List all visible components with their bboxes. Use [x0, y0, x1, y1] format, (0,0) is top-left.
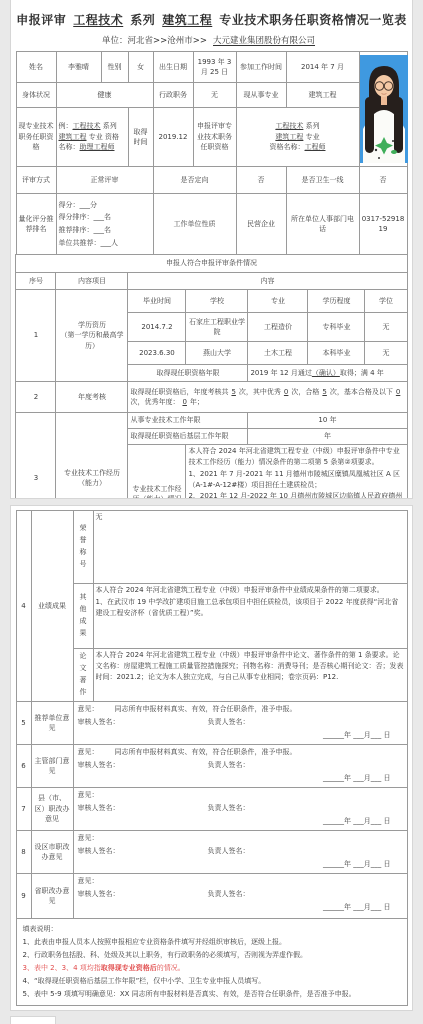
photo-image — [360, 55, 408, 163]
acquire-time-value: 2019.12 — [153, 108, 193, 167]
frontline-value: 否 — [359, 167, 407, 194]
note-line: 5、表中 5-9 项填写明确意见：XX 同志所有申报材料是否真实、有效，是否符合… — [23, 988, 401, 1001]
experience-line: 1、2021 年 7 月-2021 年 11 月德州市陵城区糜镇凤凰城社区 A … — [188, 469, 404, 491]
honor-label: 荣誉称号 — [73, 511, 93, 584]
edu-cell: 工程造价 — [248, 313, 308, 342]
birth-value: 1993 年 3 月 25 日 — [193, 52, 236, 83]
authority-opinion: 意见：同志所有申报材料真实、有效，符合任职条件，准予申报。 审核人签名：负责人签… — [73, 745, 407, 788]
annual-review-value: 取得现任职资格后，年度考核共5次，其中优秀0次，合格5次，基本合格及以下0次，优… — [128, 382, 407, 413]
title-series-blank: 工程技术 — [68, 13, 128, 27]
opinion-label: 意见： — [78, 705, 99, 713]
note-line-red: 3、表中 2、3、4 项均指取得现专业资格后的情况。 — [23, 962, 401, 975]
date-blank: ______年 ___月___ 日 — [78, 816, 403, 827]
col-header-no: 序号 — [16, 273, 56, 290]
text: 的情况。 — [157, 964, 185, 972]
row9-item: 省职改办意见 — [31, 874, 73, 919]
col-header-item: 内容项目 — [56, 273, 128, 290]
text: 次，优秀年度： — [130, 398, 179, 406]
notes-title: 填表说明： — [23, 923, 401, 936]
text: 例： — [59, 122, 73, 130]
review-mode-label: 评审方式 — [16, 167, 56, 194]
text: （第一学历和最高学历） — [58, 330, 125, 351]
achievement-line: 1、在武汉市 19 中学改扩建项目施工总承包项目中担任质检员，该项目于 2022… — [96, 597, 405, 619]
base-years-label: 取得现任职资格后基层工作年限 — [128, 429, 248, 445]
directed-value: 否 — [236, 167, 286, 194]
papers-value: 本人符合 2024 年河北省建筑工程专业（中级）申报评审条件中论文、著作条件的第… — [93, 649, 407, 702]
title-text: 系列 — [130, 13, 155, 27]
count-filled: 0 — [393, 388, 403, 396]
note-line: 2、行政职务包括股、科、处级及其以上职务，有行政职务的必须填写，否则视为弄虚作假… — [23, 949, 401, 962]
score-rank-blank: 得分排序：___名 — [59, 211, 151, 224]
text: 专业 — [89, 133, 103, 141]
count-filled: 5 — [319, 388, 329, 396]
text: 年； — [190, 398, 204, 406]
unit-region: 河北省>>沧州市>> — [128, 36, 208, 46]
form-title: 申报评审工程技术系列建筑工程专业技术职务任职资格情况一览表 — [11, 11, 412, 28]
edu-cell: 无 — [365, 313, 407, 342]
reviewer-sign-label: 审核人签名： — [78, 718, 120, 726]
text: 3、表中 2、3、4 项均指 — [23, 964, 101, 972]
count-filled: 0 — [281, 388, 291, 396]
current-title-label: 现专业技术职务任职资格 — [16, 108, 56, 167]
opinion-label: 意见： — [78, 877, 99, 885]
county-office-opinion: 意见： 审核人签名：负责人签名： ______年 ___月___ 日 — [73, 788, 407, 831]
row6-no: 6 — [16, 745, 31, 788]
document-page-2: 4 业绩成果 荣誉称号 无 其他成果 本人符合 2024 年河北省建筑工程专业（… — [10, 505, 413, 1011]
edu-header-cell: 学历程度 — [308, 290, 365, 313]
current-title-value: 例：工程技术 系列 建筑工程 专业 资格名称：助理工程师 — [56, 108, 128, 167]
health-value: 健康 — [56, 83, 153, 108]
honor-value: 无 — [93, 511, 407, 584]
row2-item: 年度考核 — [56, 382, 128, 413]
opinion-label: 意见： — [78, 748, 99, 756]
unit-label: 单位： — [102, 36, 128, 46]
edu-header-cell: 学位 — [365, 290, 407, 313]
title-text: 专业技术职务任职资格情况一览表 — [219, 13, 407, 27]
opinion-text: 同志所有申报材料真实、有效，符合任职条件，准予申报。 — [115, 705, 297, 713]
row1-item: 学历资历 （第一学历和最高学历） — [56, 290, 128, 382]
gender-label: 性别 — [101, 52, 128, 83]
col-header-content: 内容 — [128, 273, 407, 290]
tech-years-label: 从事专业技术工作年限 — [128, 413, 248, 429]
leader-sign-label: 负责人签名： — [208, 890, 250, 898]
text: 系列 — [103, 122, 117, 130]
text: 次，基本合格及以下 — [330, 388, 393, 396]
text: 学历资历 — [58, 320, 125, 331]
paper-line: 本人符合 2024 年河北省建筑工程专业（中级）申报评审条件中论文、著作条件的第… — [96, 650, 405, 683]
experience-value: 本人符合 2024 年河北省建筑工程专业（中级）申报评审条件中专业技术工作经历（… — [186, 445, 407, 500]
edu-cell: 无 — [365, 342, 407, 365]
leader-sign-label: 负责人签名： — [208, 718, 250, 726]
reviewer-sign-label: 审核人签名： — [78, 890, 120, 898]
papers-label: 论文著作 — [73, 649, 93, 702]
name-label: 姓名 — [16, 52, 56, 83]
current-major-label: 现从事专业 — [236, 83, 286, 108]
total-recommend-blank: 单位共推荐：___人 — [59, 237, 151, 250]
major-filled: 建筑工程 — [275, 133, 303, 141]
applicant-info-table: 姓名 李雅晴 性别 女 出生日期 1993 年 3 月 25 日 参加工作时间 … — [16, 51, 408, 255]
note-line: 4、“取得现任职资格后基层工作年限”栏，仅中小学、卫生专业申报人员填写。 — [23, 975, 401, 988]
edu-cell: 专科毕业 — [308, 313, 365, 342]
leader-sign-label: 负责人签名： — [208, 804, 250, 812]
reviewer-sign-label: 审核人签名： — [78, 761, 120, 769]
tenure-value: 2019 年 12 月通过（确认）取得；满 4 年 — [248, 365, 407, 382]
experience-line: 本人符合 2024 年河北省建筑工程专业（中级）申报评审条件中专业技术工作经历（… — [188, 446, 404, 468]
name-value: 李雅晴 — [56, 52, 101, 83]
edu-cell: 土木工程 — [248, 342, 308, 365]
text: （能力） — [58, 478, 125, 489]
apply-title-value: 工程技术 系列 建筑工程 专业 资格名称：工程师 — [236, 108, 359, 167]
row8-item: 设区市职改办意见 — [31, 831, 73, 874]
row7-no: 7 — [16, 788, 31, 831]
recommend-unit-opinion: 意见：同志所有申报材料真实、有效，符合任职条件，准予申报。 审核人签名：负责人签… — [73, 702, 407, 745]
count-filled: 0 — [179, 398, 189, 406]
achievements-opinions-table: 4 业绩成果 荣誉称号 无 其他成果 本人符合 2024 年河北省建筑工程专业（… — [16, 510, 408, 1006]
quant-rank-value: 得分：___分 得分排序：___名 推荐排序：___名 单位共推荐：___人 — [56, 194, 153, 255]
reviewer-sign-label: 审核人签名： — [78, 847, 120, 855]
fill-instructions: 填表说明： 1、此表由申报人员本人按照申报相应专业资格条件填写并经组织审核后，逐… — [16, 919, 407, 1006]
directed-label: 是否定向 — [153, 167, 236, 194]
text: 次，合格 — [291, 388, 319, 396]
edu-cell: 2014.7.2 — [128, 313, 186, 342]
admin-duty-value: 无 — [193, 83, 236, 108]
join-value: 2014 年 7 月 — [286, 52, 359, 83]
edu-cell: 2023.6.30 — [128, 342, 186, 365]
section-title: 申报人符合申报评审条件情况 — [16, 255, 407, 273]
base-years-value: 年 — [248, 429, 407, 445]
birth-label: 出生日期 — [153, 52, 193, 83]
row4-item: 业绩成果 — [31, 511, 73, 702]
edu-cell: 燕山大学 — [186, 342, 248, 365]
document-page-1: 申报评审工程技术系列建筑工程专业技术职务任职资格情况一览表 单位：河北省>>沧州… — [10, 0, 413, 499]
edu-cell: 本科毕业 — [308, 342, 365, 365]
acquire-time-label: 取得时间 — [128, 108, 153, 167]
recommend-rank-blank: 推荐排序：___名 — [59, 224, 151, 237]
major-filled: 建筑工程 — [59, 133, 87, 141]
review-mode-value: 正常评审 — [56, 167, 153, 194]
text: 专业 — [306, 133, 320, 141]
confirm-underline: （确认） — [312, 369, 340, 377]
next-page-edge — [10, 1016, 56, 1024]
reviewer-sign-label: 审核人签名： — [78, 804, 120, 812]
opinion-text: 同志所有申报材料真实、有效，符合任职条件，准予申报。 — [115, 748, 297, 756]
province-office-opinion: 意见： 审核人签名：负责人签名： ______年 ___月___ 日 — [73, 874, 407, 919]
series-filled: 工程技术 — [275, 122, 303, 130]
unit-line: 单位：河北省>>沧州市>>大元建业集团股份有限公司 — [11, 34, 412, 46]
row6-item: 主管部门意见 — [31, 745, 73, 788]
employer-type-value: 民营企业 — [236, 194, 286, 255]
row1-no: 1 — [16, 290, 56, 382]
edu-header-cell: 专业 — [248, 290, 308, 313]
edu-header-cell: 毕业时间 — [128, 290, 186, 313]
admin-duty-label: 行政职务 — [153, 83, 193, 108]
date-blank: ______年 ___月___ 日 — [78, 902, 403, 913]
edu-header-cell: 学校 — [186, 290, 248, 313]
text: 2019 年 12 月通过 — [250, 369, 311, 377]
apply-title-label: 申报评审专业技术职务任职资格 — [193, 108, 236, 167]
employer-type-label: 工作单位性质 — [153, 194, 236, 255]
opinion-label: 意见： — [78, 791, 99, 799]
current-major-value: 建筑工程 — [286, 83, 359, 108]
join-label: 参加工作时间 — [236, 52, 286, 83]
gender-value: 女 — [128, 52, 153, 83]
count-filled: 5 — [228, 388, 238, 396]
leader-sign-label: 负责人签名： — [208, 761, 250, 769]
achievement-line: 本人符合 2024 年河北省建筑工程专业（中级）申报评审条件中业绩成果条件的第二… — [96, 585, 405, 596]
edu-cell: 石家庄工程职业学院 — [186, 313, 248, 342]
other-achievements-label: 其他成果 — [73, 584, 93, 649]
applicant-photo — [359, 52, 407, 167]
conditions-table: 申报人符合申报评审条件情况 序号 内容项目 内容 1 学历资历 （第一学历和最高… — [15, 254, 407, 499]
leader-sign-label: 负责人签名： — [208, 847, 250, 855]
quant-rank-label: 量化评分推荐排名 — [16, 194, 56, 255]
tech-years-value: 10 年 — [248, 413, 407, 429]
experience-label: 专业技术工作经历（能力）情况 — [128, 445, 186, 500]
date-blank: ______年 ___月___ 日 — [78, 730, 403, 741]
unit-company: 大元建业集团股份有限公司 — [207, 36, 321, 46]
row8-no: 8 — [16, 831, 31, 874]
note-line: 1、此表由申报人员本人按照申报相应专业资格条件填写并经组织审核后，逐级上报。 — [23, 936, 401, 949]
text-bold: 取得现专业资格后 — [101, 964, 157, 972]
row3-item: 专业技术工作经历 （能力） — [56, 413, 128, 500]
row5-item: 推荐单位意见 — [31, 702, 73, 745]
text: 取得；满 4 年 — [340, 369, 384, 377]
title-filled: 工程师 — [305, 143, 326, 151]
tenure-label: 取得现任职资格年限 — [128, 365, 248, 382]
text: 次，其中优秀 — [239, 388, 281, 396]
text: 资格名称： — [270, 143, 305, 151]
text: 专业技术工作经历 — [58, 468, 125, 479]
row4-no: 4 — [16, 511, 31, 702]
experience-line: 2、2021 年 12 月-2022 年 10 月德州市陵城区边临镇人民政府德州… — [188, 491, 404, 499]
title-text: 申报评审 — [16, 13, 66, 27]
row5-no: 5 — [16, 702, 31, 745]
other-achievements-value: 本人符合 2024 年河北省建筑工程专业（中级）申报评审条件中业绩成果条件的第二… — [93, 584, 407, 649]
hr-phone-label: 所在单位人事部门电话 — [286, 194, 359, 255]
date-blank: ______年 ___月___ 日 — [78, 859, 403, 870]
title-major-blank: 建筑工程 — [157, 13, 217, 27]
score-blank: 得分：___分 — [59, 199, 151, 212]
opinion-label: 意见： — [78, 834, 99, 842]
row7-item: 县（市、区）职改办意见 — [31, 788, 73, 831]
row3-no: 3 — [16, 413, 56, 500]
text: 取得现任职资格后，年度考核共 — [130, 388, 228, 396]
health-label: 身体状况 — [16, 83, 56, 108]
text: 系列 — [306, 122, 320, 130]
frontline-label: 是否卫生一线 — [286, 167, 359, 194]
hr-phone-value: 0317-5291819 — [359, 194, 407, 255]
series-filled: 工程技术 — [73, 122, 101, 130]
date-blank: ______年 ___月___ 日 — [78, 773, 403, 784]
city-office-opinion: 意见： 审核人签名：负责人签名： ______年 ___月___ 日 — [73, 831, 407, 874]
row9-no: 9 — [16, 874, 31, 919]
row2-no: 2 — [16, 382, 56, 413]
title-filled: 助理工程师 — [80, 143, 115, 151]
